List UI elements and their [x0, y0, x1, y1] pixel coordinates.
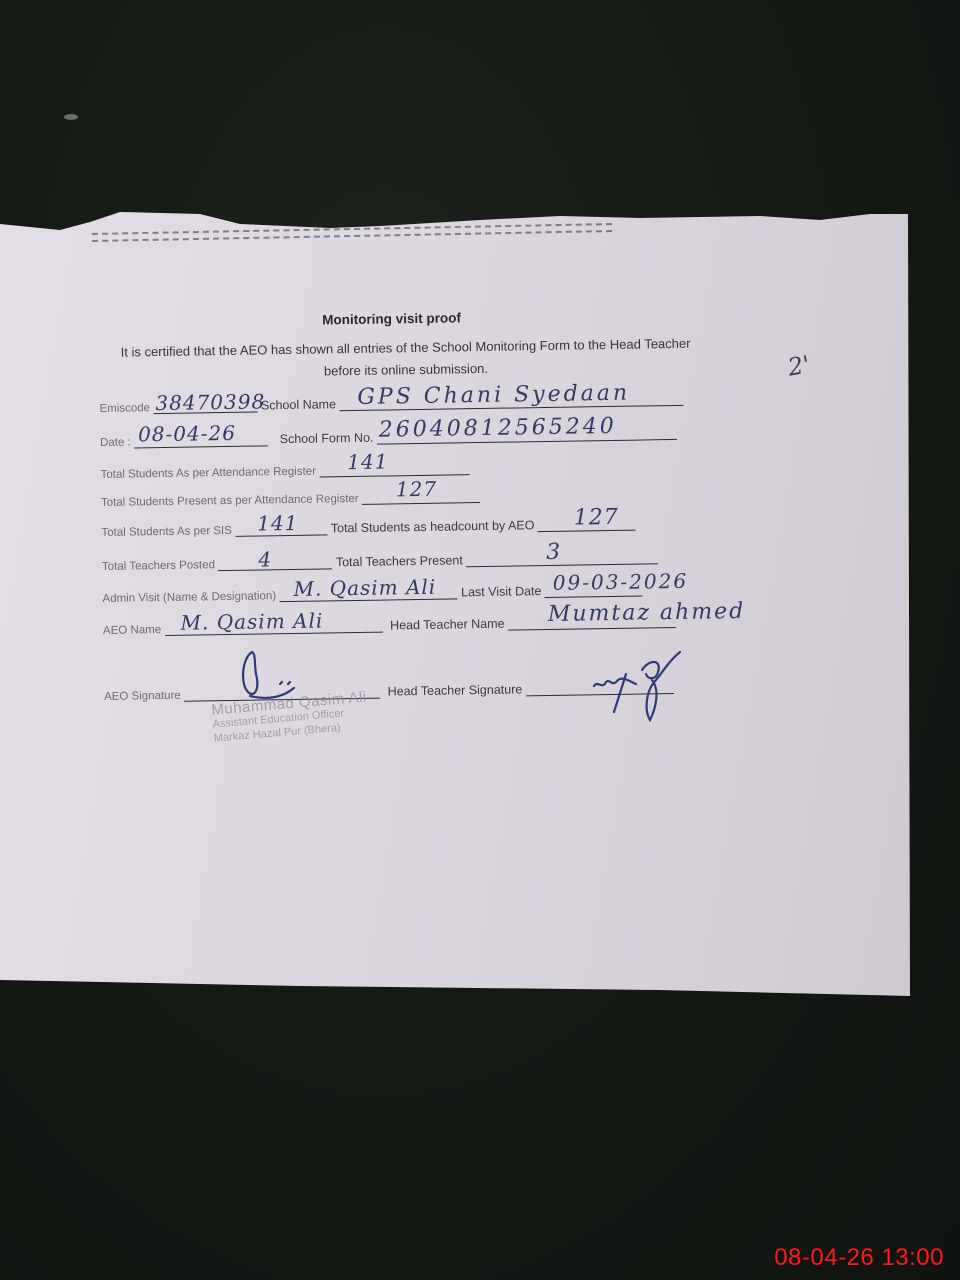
teachers-present-label: Total Teachers Present: [336, 553, 463, 569]
total-students-register-label: Total Students As per Attendance Registe…: [100, 466, 316, 481]
emiscode-label: Emiscode: [99, 402, 150, 415]
row-sis-headcount: Total Students As per SIS 141 Total Stud…: [101, 514, 636, 539]
total-students-sis-value: 141: [257, 511, 299, 536]
aeo-signature-mark: [236, 648, 306, 704]
photo-timestamp: 08-04-26 13:00: [774, 1244, 944, 1272]
last-visit-date-value: 09-03-2026: [553, 569, 689, 595]
row-names: AEO Name M. Qasim Ali Head Teacher Name …: [103, 611, 676, 637]
admin-visit-label: Admin Visit (Name & Designation): [102, 590, 276, 605]
teachers-posted-label: Total Teachers Posted: [102, 559, 215, 573]
total-students-register-value: 141: [347, 449, 389, 474]
head-teacher-name-value: Mumtaz ahmed: [548, 599, 746, 627]
total-students-register-field[interactable]: 141: [319, 458, 469, 477]
teachers-posted-field[interactable]: 4: [218, 552, 332, 571]
students-present-register-label: Total Students Present as per Attendance…: [101, 493, 359, 509]
headcount-by-aeo-value: 127: [574, 505, 619, 531]
date-value: 08-04-26: [138, 421, 236, 447]
certification-text: It is certified that the AEO has shown a…: [100, 332, 711, 386]
row-date-form-no: Date : 08-04-26 School Form No. 26040812…: [100, 423, 677, 449]
students-present-register-value: 127: [396, 477, 438, 502]
row-teachers: Total Teachers Posted 4 Total Teachers P…: [102, 547, 659, 573]
background-speck: [64, 114, 78, 120]
school-name-field[interactable]: GPS Chani Syedaan: [339, 389, 683, 411]
head-teacher-signature-label: Head Teacher Signature: [388, 682, 523, 698]
aeo-signature-label: AEO Signature: [104, 690, 181, 703]
last-visit-date-field[interactable]: 09-03-2026: [545, 579, 643, 598]
emiscode-value: 38470398: [155, 389, 265, 415]
aeo-name-field[interactable]: M. Qasim Ali: [164, 616, 382, 636]
school-name-label: School Name: [261, 397, 336, 412]
school-form-no-value: 26040812565240: [379, 414, 617, 443]
total-students-sis-field[interactable]: 141: [235, 518, 327, 536]
head-teacher-name-label: Head Teacher Name: [390, 617, 505, 633]
aeo-name-value: M. Qasim Ali: [180, 609, 323, 635]
date-label: Date :: [100, 437, 131, 449]
teachers-present-value: 3: [546, 540, 561, 565]
admin-visit-value: M. Qasim Ali: [293, 575, 436, 601]
row-emiscode-school: Emiscode 38470398 School Name GPS Chani …: [99, 389, 683, 415]
form-title: Monitoring visit proof: [322, 310, 461, 327]
teachers-present-field[interactable]: 3: [466, 547, 658, 567]
last-visit-date-label: Last Visit Date: [461, 584, 542, 599]
students-present-register-field[interactable]: 127: [362, 486, 480, 505]
date-field[interactable]: 08-04-26: [134, 429, 268, 448]
headcount-by-aeo-field[interactable]: 127: [538, 514, 636, 533]
row-students-present-register: Total Students Present as per Attendance…: [101, 486, 480, 509]
head-teacher-signature-mark: [590, 650, 686, 726]
headcount-by-aeo-label: Total Students as headcount by AEO: [331, 518, 535, 535]
total-students-sis-label: Total Students As per SIS: [101, 525, 232, 539]
school-form-no-field[interactable]: 26040812565240: [377, 423, 677, 445]
emiscode-field[interactable]: 38470398: [153, 396, 257, 415]
admin-visit-field[interactable]: M. Qasim Ali: [279, 582, 457, 602]
margin-mark: 2': [786, 350, 812, 381]
teachers-posted-value: 4: [258, 547, 272, 571]
school-form-no-label: School Form No.: [280, 431, 374, 446]
head-teacher-name-field[interactable]: Mumtaz ahmed: [508, 611, 676, 631]
row-signatures: AEO Signature Head Teacher Signature: [104, 677, 674, 703]
school-name-value: GPS Chani Syedaan: [357, 381, 630, 410]
aeo-name-label: AEO Name: [103, 624, 161, 637]
